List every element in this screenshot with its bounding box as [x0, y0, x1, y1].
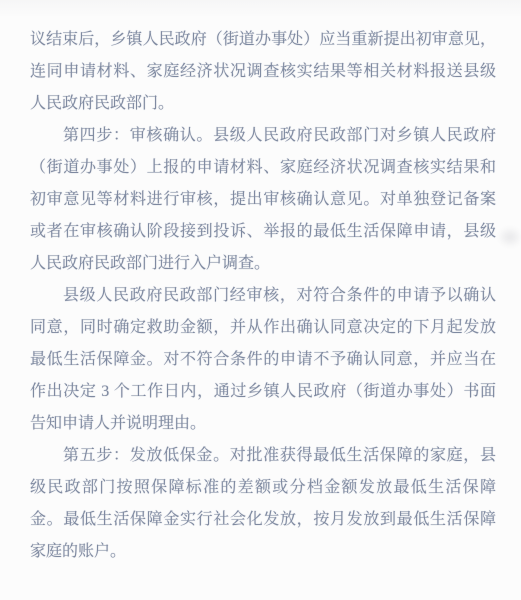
text-line: 连同申请材料、家庭经济状况调查核实结果等相关材料报送县级 [30, 56, 496, 88]
text-line: 初审意见等材料进行审核，提出审核确认意见。对单独登记备案 [30, 184, 496, 216]
text-line: 级民政部门按照保障标准的差额或分档金额发放最低生活保障 [30, 472, 496, 504]
text-line: 同意，同时确定救助金额，并从作出确认同意决定的下月起发放 [30, 312, 496, 344]
text-line: 县级人民政府民政部门经审核，对符合条件的申请予以确认 [30, 280, 496, 312]
text-line: 作出决定 3 个工作日内，通过乡镇人民政府（街道办事处）书面 [30, 376, 496, 408]
text-line: 告知申请人并说明理由。 [30, 408, 496, 440]
text-line: 家庭的账户。 [30, 536, 496, 568]
text-line: 或者在审核确认阶段接到投诉、举报的最低生活保障申请，县级 [30, 216, 496, 248]
text-line: 第四步：审核确认。县级人民政府民政部门对乡镇人民政府 [30, 120, 496, 152]
document-text-block: 议结束后，乡镇人民政府（街道办事处）应当重新提出初审意见， 连同申请材料、家庭经… [30, 24, 496, 568]
text-line: 人民政府民政部门进行入户调查。 [30, 248, 496, 280]
text-line: 第五步：发放低保金。对批准获得最低生活保障的家庭，县 [30, 440, 496, 472]
text-line: 议结束后，乡镇人民政府（街道办事处）应当重新提出初审意见， [30, 24, 496, 56]
text-line: （街道办事处）上报的申请材料、家庭经济状况调查核实结果和 [30, 152, 496, 184]
document-page: 议结束后，乡镇人民政府（街道办事处）应当重新提出初审意见， 连同申请材料、家庭经… [0, 0, 521, 600]
text-line: 金。最低生活保障金实行社会化发放，按月发放到最低生活保障 [30, 504, 496, 536]
text-line: 人民政府民政部门。 [30, 88, 496, 120]
text-line: 最低生活保障金。对不符合条件的申请不予确认同意，并应当在 [30, 344, 496, 376]
scan-smudge-artifact [497, 226, 521, 248]
